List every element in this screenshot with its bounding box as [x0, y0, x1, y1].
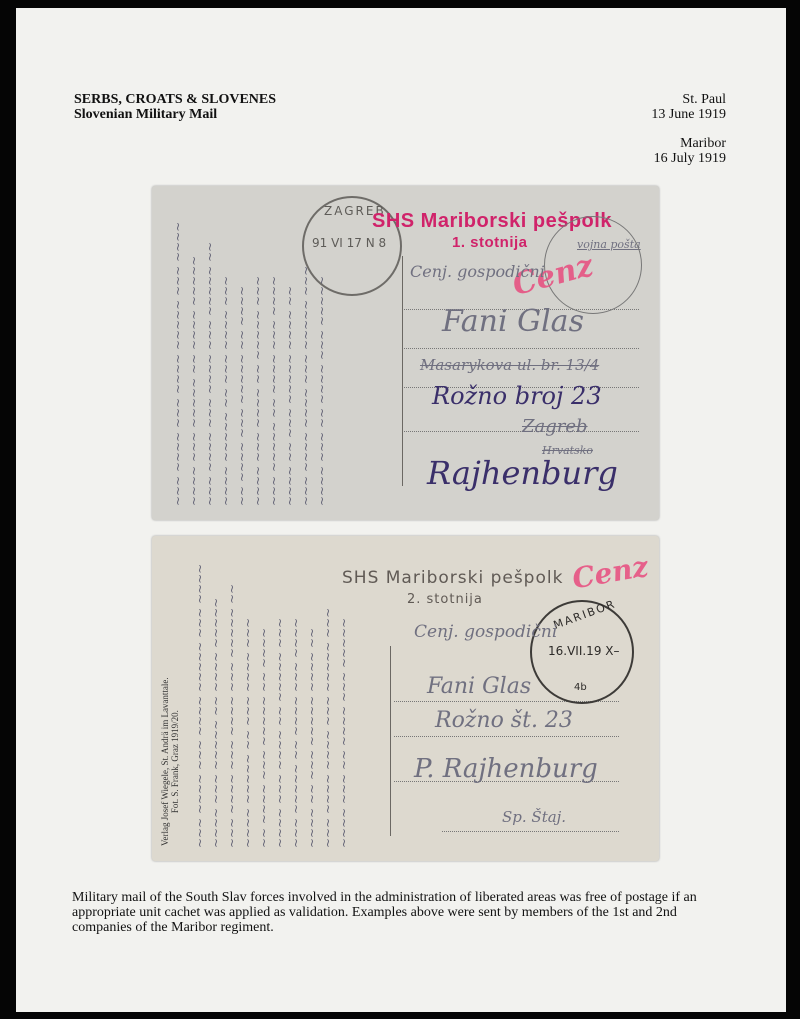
card-divider — [390, 646, 391, 836]
address-salutation: Cenj. gospodični — [414, 622, 557, 642]
postcard-front: ~~~ ~~~~ ~~~ ~~~~ ~~~~~ ~~~ ~~~~~~~~ ~~~… — [152, 186, 659, 520]
publisher-line-2: Fot. S. Frank, Graz 1919/20. — [170, 677, 180, 846]
address-line — [404, 348, 639, 350]
address-recipient: Fani Glas — [442, 304, 584, 339]
page-subtitle: Slovenian Military Mail — [74, 107, 276, 122]
postmark-date: 16.VII.19 X– — [548, 644, 620, 658]
page-caption: Military mail of the South Slav forces i… — [72, 890, 736, 935]
unit-cachet-company: 1. stotnija — [452, 234, 528, 251]
address-street-old: Masarykova ul. br. 13/4 — [420, 356, 599, 374]
page-header-right: St. Paul 13 June 1919 Maribor 16 July 19… — [651, 92, 726, 166]
origin-place-1: St. Paul — [651, 92, 726, 107]
address-region: Sp. Štaj. — [502, 808, 566, 826]
address-street-new: Rožno broj 23 — [432, 382, 602, 410]
address-recipient: Fani Glas — [427, 674, 531, 699]
page-title: SERBS, CROATS & SLOVENES — [74, 92, 276, 107]
address-city-old: Zagreb — [522, 416, 588, 437]
censor-mark: Cenz — [570, 550, 651, 596]
postmark-code: 4b — [574, 682, 587, 693]
unit-cachet: SHS Mariborski pešpolk — [342, 568, 563, 588]
postmark-date: 91 VI 17 N 8 — [312, 236, 386, 250]
publisher-imprint: Verlag Josef Wiegele, St. Andrä im Lavan… — [160, 677, 180, 846]
publisher-line-1: Verlag Josef Wiegele, St. Andrä im Lavan… — [160, 677, 170, 846]
origin-date-2: 16 July 1919 — [651, 151, 726, 166]
address-street: Rožno št. 23 — [435, 708, 573, 733]
postcard-back: Verlag Josef Wiegele, St. Andrä im Lavan… — [152, 536, 659, 861]
message-handwriting: ~~~ ~~~~ ~~~ ~~~~ ~~~~~ ~~~ ~~~~~~~~ ~~~… — [192, 548, 352, 848]
unit-cachet-company: 2. stotnija — [407, 592, 483, 607]
address-city-new: Rajhenburg — [427, 454, 618, 492]
page-header-left: SERBS, CROATS & SLOVENES Slovenian Milit… — [74, 92, 276, 122]
postmark-town: MARIBOR — [552, 597, 618, 632]
origin-place-2: Maribor — [651, 136, 726, 151]
address-salutation: Cenj. gospodični — [410, 262, 545, 281]
address-line — [442, 831, 619, 833]
address-city: P. Rajhenburg — [414, 754, 598, 784]
card-divider — [402, 256, 403, 486]
postmark-maribor: MARIBOR 16.VII.19 X– 4b — [530, 600, 634, 704]
album-page: SERBS, CROATS & SLOVENES Slovenian Milit… — [16, 8, 786, 1012]
origin-date-1: 13 June 1919 — [651, 107, 726, 122]
address-line — [394, 736, 619, 738]
